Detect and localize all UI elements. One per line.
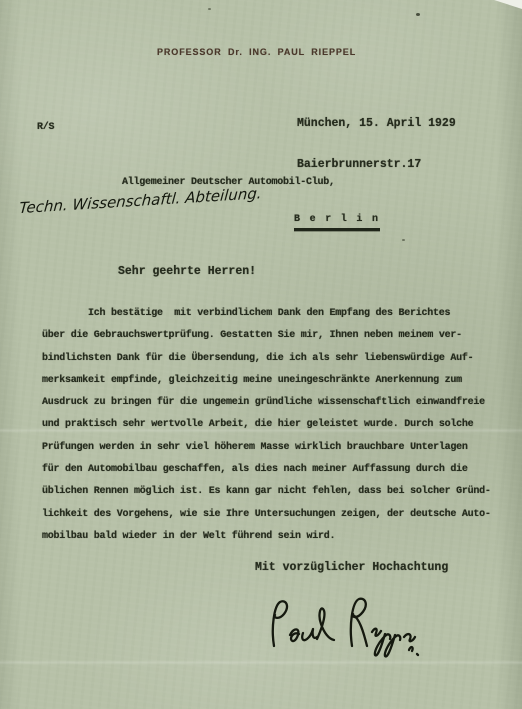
body-line: Ich bestätige mit verbindlichem Dank den… <box>42 303 504 325</box>
date-street-line: Baierbrunnerstr.17 <box>297 158 456 172</box>
paper-speck <box>402 239 405 241</box>
body-line: merksamkeit empfinde, gleichzeitig meine… <box>42 370 504 392</box>
closing-formula: Mit vorzüglicher Hochachtung <box>255 561 448 574</box>
body-line: und praktisch sehr wertvolle Arbeit, die… <box>42 414 504 436</box>
signature-stroke <box>260 592 420 662</box>
body-line: lichkeit des Vorgehens, wie sie Ihre Unt… <box>42 504 504 526</box>
paper-speck <box>416 13 420 16</box>
body-line: bindlichsten Dank für die Übersendung, d… <box>42 348 504 370</box>
reference-mark: R/S <box>37 122 54 133</box>
paper-speck <box>208 8 211 10</box>
scan-edge-artifact <box>488 0 522 9</box>
letterhead: PROFESSOR Dr. ING. PAUL RIEPPEL <box>157 47 356 57</box>
body-line: mobilbau bald wieder in der Welt führend… <box>42 526 504 548</box>
body-line: Prüfungen werden in sehr viel höherem Ma… <box>42 437 504 459</box>
salutation: Sehr geehrte Herren! <box>118 265 256 278</box>
letter-body: Ich bestätige mit verbindlichem Dank den… <box>42 303 504 548</box>
date-city-line: München, 15. April 1929 <box>297 117 456 131</box>
recipient-city: B e r l i n <box>294 214 380 231</box>
handwritten-department: Techn. Wissenschaftl. Abteilung. <box>19 184 263 217</box>
scanned-letter-page: PROFESSOR Dr. ING. PAUL RIEPPEL München,… <box>0 0 522 709</box>
body-line: für den Automobilbau geschaffen, als die… <box>42 459 504 481</box>
signature: Paul Rieppel <box>260 592 420 662</box>
body-line: üblichen Rennen möglich ist. Es kann gar… <box>42 481 504 503</box>
body-line: Ausdruck zu bringen für die ungemein grü… <box>42 392 504 414</box>
body-line: über die Gebrauchswertprüfung. Gestatten… <box>42 325 504 347</box>
